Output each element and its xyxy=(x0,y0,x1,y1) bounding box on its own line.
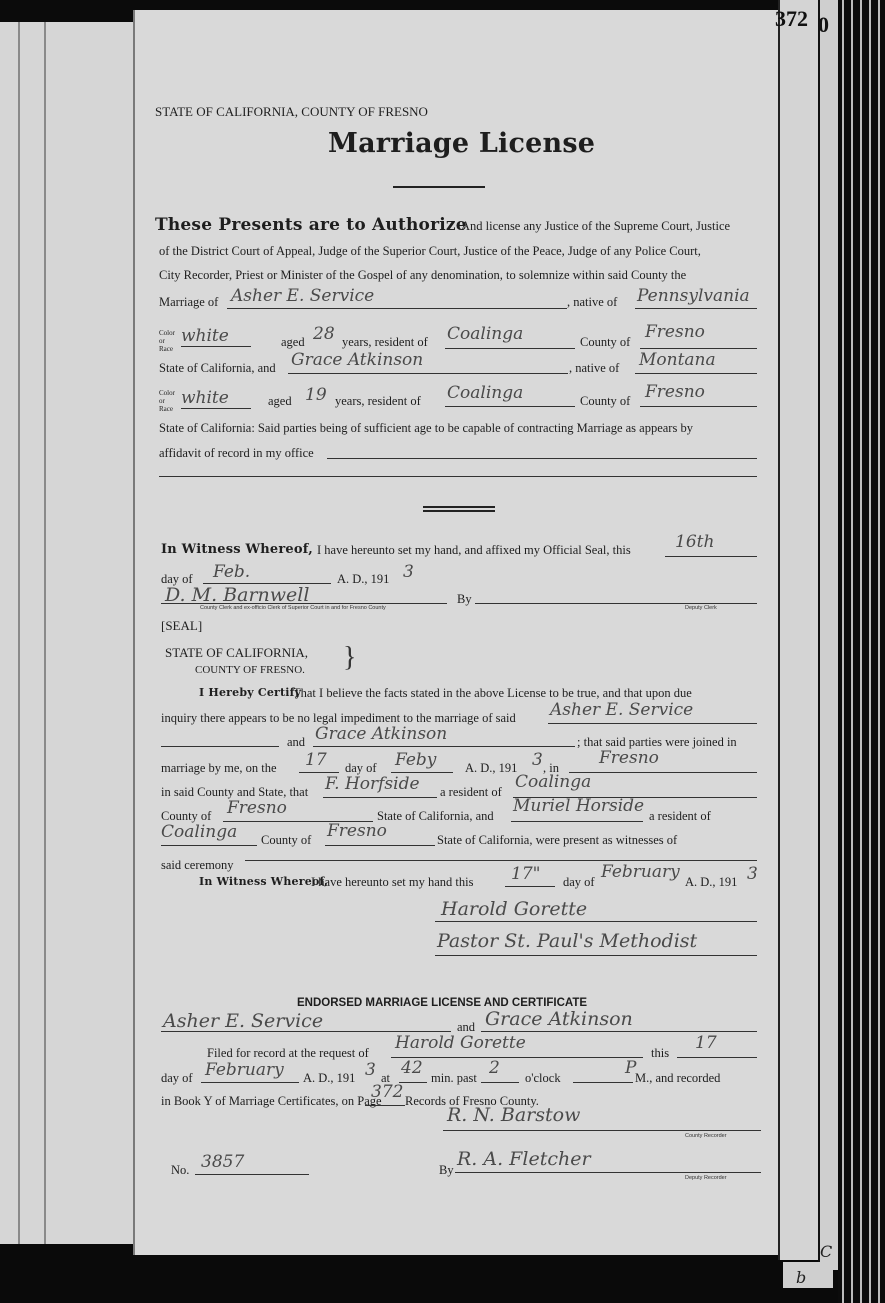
marriage-by-label: marriage by me, on the xyxy=(161,761,277,776)
bride-name: Grace Atkinson xyxy=(291,350,423,370)
cert-ad-label: A. D., 191 xyxy=(465,761,517,776)
groom-name: Asher E. Service xyxy=(231,286,374,306)
bride-race-line xyxy=(181,408,251,409)
filed-month: February xyxy=(205,1060,284,1080)
officiant-month: February xyxy=(601,862,680,882)
groom-county-line xyxy=(640,348,757,349)
cert-month-line xyxy=(391,772,453,773)
bride-name-line xyxy=(288,373,568,374)
clerk-year-digit: 3 xyxy=(403,562,414,582)
deputy-recorder-signature: R. A. Fletcher xyxy=(457,1148,591,1170)
officiant-witness-text: I have hereunto set my hand this xyxy=(311,875,473,890)
book-label: in Book Y of Marriage Certificates, on P… xyxy=(161,1094,382,1109)
state-and-label: State of California, and xyxy=(159,361,276,376)
officiant-signature: Harold Gorette xyxy=(441,898,587,920)
filed-hour-line xyxy=(481,1082,519,1083)
cert-place: Fresno xyxy=(599,748,659,768)
right-margin-strip xyxy=(778,0,820,1260)
book-page-edges xyxy=(838,0,885,1303)
clerk-signature-line xyxy=(161,603,447,604)
officiant-signature-line xyxy=(435,921,757,922)
clerk-ad-label: A. D., 191 xyxy=(337,572,389,587)
ceremony-line xyxy=(245,860,757,861)
deputy-by-label: By xyxy=(457,592,472,607)
min-past-label: min. past xyxy=(431,1071,477,1086)
cert-day-line xyxy=(299,772,339,773)
filed-minutes: 42 xyxy=(401,1058,423,1078)
witness2-resident-label: a resident of xyxy=(649,809,711,824)
requested-by-line xyxy=(391,1057,643,1058)
native-of-label: , native of xyxy=(567,295,617,310)
cert-year-digit: 3 xyxy=(532,750,543,770)
cert-and-label: and xyxy=(287,735,305,750)
groom-county: Fresno xyxy=(645,322,705,342)
color-or-race-label-2: ColororRace xyxy=(159,389,175,413)
state-county-heading: STATE OF CALIFORNIA, COUNTY OF FRESNO xyxy=(155,104,428,120)
filed-day: 17 xyxy=(695,1033,717,1053)
deputy-clerk-line xyxy=(475,603,757,604)
witness1-name: F. Horfside xyxy=(325,774,420,794)
certificate-county: COUNTY OF FRESNO. xyxy=(195,664,305,676)
recorder-signature: R. N. Barstow xyxy=(447,1104,580,1126)
clerk-witness-lead: In Witness Whereof, xyxy=(161,542,313,557)
bride-county-line xyxy=(640,406,757,407)
officiant-witness-lead: In Witness Whereof, xyxy=(199,875,328,888)
groom-native-line xyxy=(635,308,757,309)
officiant-ad-label: A. D., 191 xyxy=(685,875,737,890)
certify-line1: That I believe the facts stated in the a… xyxy=(293,686,692,701)
oclock-label: o'clock xyxy=(525,1071,561,1086)
witness1-residence: Coalinga xyxy=(515,772,591,792)
endorsed-bride-line xyxy=(481,1031,757,1032)
cert-bride-line xyxy=(313,746,575,747)
deputy-recorder-by-label: By xyxy=(439,1163,454,1178)
record-page-line xyxy=(365,1105,405,1106)
witness2-residence-line xyxy=(161,845,257,846)
groom-residence-line xyxy=(445,348,575,349)
certificate-state: STATE OF CALIFORNIA, xyxy=(165,645,308,661)
filed-label: Filed for record at the request of xyxy=(207,1046,369,1061)
witness1-county: Fresno xyxy=(227,798,287,818)
officiant-day-line xyxy=(505,886,555,887)
authorize-line2: of the District Court of Appeal, Judge o… xyxy=(159,244,701,259)
cert-place-line xyxy=(569,772,757,773)
affidavit-line xyxy=(327,458,757,459)
left-page-stack xyxy=(0,22,135,1244)
groom-native-of: Pennsylvania xyxy=(637,286,750,306)
record-page: 372 xyxy=(371,1082,403,1102)
clerk-witness-text: I have hereunto set my hand, and affixed… xyxy=(317,543,631,558)
witness2-county-label: County of xyxy=(261,833,311,848)
authorize-line1: And license any Justice of the Supreme C… xyxy=(461,219,730,234)
cert-bride-name: Grace Atkinson xyxy=(315,724,447,744)
closing-line1: State of California: Said parties being … xyxy=(159,421,693,436)
color-or-race-label-1: ColororRace xyxy=(159,329,175,353)
certify-lead: I Hereby Certify xyxy=(199,686,301,699)
witness2-county: Fresno xyxy=(327,821,387,841)
years-resident-label: years, resident of xyxy=(342,335,428,350)
county-of-label: County of xyxy=(580,335,630,350)
recorder-caption: County Recorder xyxy=(685,1133,727,1139)
officiant-title: Pastor St. Paul's Methodist xyxy=(437,930,697,952)
witness2-name: Muriel Horside xyxy=(513,796,644,816)
number-label: No. xyxy=(171,1163,189,1178)
present-label: State of California, were present as wit… xyxy=(437,833,677,848)
cert-month: Feby xyxy=(395,750,436,770)
groom-race-line xyxy=(181,346,251,347)
groom-name-line xyxy=(227,308,567,309)
recorded-label: M., and recorded xyxy=(635,1071,720,1086)
bride-race: white xyxy=(181,388,229,408)
corner-mark-c: C xyxy=(820,1242,832,1261)
record-number: 3857 xyxy=(201,1152,244,1172)
bride-years-resident-label: years, resident of xyxy=(335,394,421,409)
groom-age: 28 xyxy=(313,324,335,344)
corner-mark-b: b xyxy=(796,1268,806,1287)
endorsed-groom-name: Asher E. Service xyxy=(163,1010,323,1032)
endorsed-groom-line xyxy=(161,1031,451,1032)
clerk-month: Feb. xyxy=(213,562,250,582)
bride-residence: Coalinga xyxy=(447,383,523,403)
title-rule xyxy=(393,186,485,190)
deputy-recorder-line xyxy=(455,1172,761,1173)
witness2-residence: Coalinga xyxy=(161,822,237,842)
deputy-recorder-caption: Deputy Recorder xyxy=(685,1175,727,1181)
aged-label: aged xyxy=(281,335,305,350)
filed-this-label: this xyxy=(651,1046,669,1061)
section-divider xyxy=(423,506,495,512)
groom-race: white xyxy=(181,326,229,346)
witness2-name-line xyxy=(511,821,643,822)
affidavit-line-2 xyxy=(159,476,757,477)
cert-groom-line xyxy=(548,723,757,724)
recorder-signature-line xyxy=(443,1130,761,1131)
witness2-county-line xyxy=(325,845,435,846)
clerk-day-line xyxy=(665,556,757,557)
right-margin-strip-2 xyxy=(818,0,840,1270)
filed-year-digit: 3 xyxy=(365,1060,376,1080)
officiant-day: 17" xyxy=(511,864,540,884)
bride-age: 19 xyxy=(305,385,327,405)
clerk-witness-day: 16th xyxy=(675,532,714,552)
filed-meridiem-line xyxy=(573,1082,633,1083)
witness-state-and-label: State of California, and xyxy=(377,809,494,824)
bride-native-of-label: , native of xyxy=(569,361,619,376)
officiant-day-of-label: day of xyxy=(563,875,595,890)
cert-and-lead-line xyxy=(161,746,279,747)
authorize-lead: These Presents are to Authorize xyxy=(155,215,467,235)
clerk-caption: County Clerk and ex-officio Clerk of Sup… xyxy=(200,605,386,611)
cert-day: 17 xyxy=(305,750,327,770)
ceremony-label: said ceremony xyxy=(161,858,234,873)
groom-residence: Coalinga xyxy=(447,324,523,344)
bride-residence-line xyxy=(445,406,575,407)
page-number: 372 xyxy=(775,6,808,32)
bride-county: Fresno xyxy=(645,382,705,402)
filed-ad-label: A. D., 191 xyxy=(303,1071,355,1086)
requested-by: Harold Gorette xyxy=(395,1033,526,1053)
seal-label: [SEAL] xyxy=(161,618,202,634)
endorsed-bride-name: Grace Atkinson xyxy=(485,1008,633,1030)
page-number-edge: 0 xyxy=(818,12,829,38)
bracket-icon: } xyxy=(343,642,356,674)
witness1-resident-label: a resident of xyxy=(440,785,502,800)
closing-line2: affidavit of record in my office xyxy=(159,446,314,461)
officiant-year-digit: 3 xyxy=(747,864,758,884)
bride-county-of-label: County of xyxy=(580,394,630,409)
bride-aged-label: aged xyxy=(268,394,292,409)
filed-day-of-label: day of xyxy=(161,1071,193,1086)
bride-native-of: Montana xyxy=(639,350,716,370)
deputy-clerk-caption: Deputy Clerk xyxy=(685,605,717,611)
filed-hour: 2 xyxy=(489,1058,500,1078)
cert-groom-name: Asher E. Service xyxy=(550,700,693,720)
record-number-line xyxy=(195,1174,309,1175)
authorize-line3: City Recorder, Priest or Minister of the… xyxy=(159,268,686,283)
witness1-name-line xyxy=(323,797,437,798)
marriage-of-label: Marriage of xyxy=(159,295,218,310)
officiant-title-line xyxy=(435,955,757,956)
filed-day-line xyxy=(677,1057,757,1058)
filed-month-line xyxy=(201,1082,299,1083)
bride-native-line xyxy=(635,373,757,374)
document-title: Marriage License xyxy=(328,128,595,159)
bottom-tab xyxy=(783,1262,833,1288)
